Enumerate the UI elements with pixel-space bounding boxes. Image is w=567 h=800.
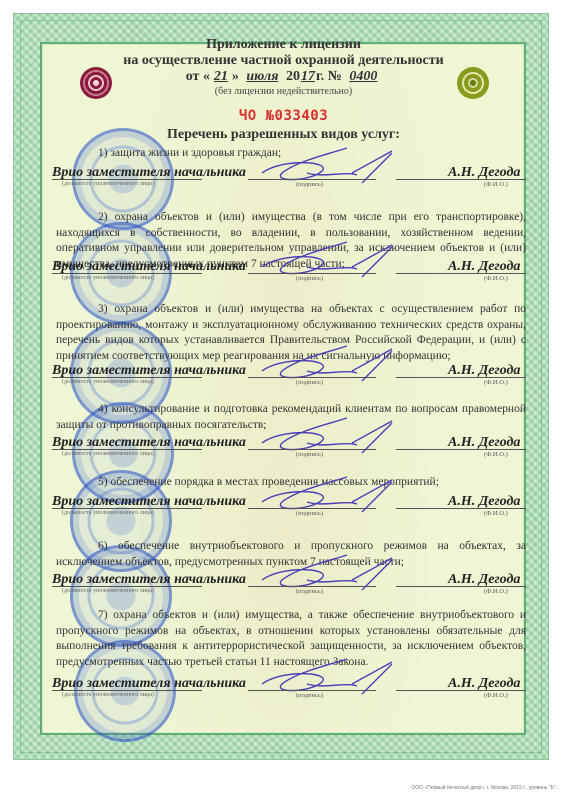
name-caption: (Ф.И.О.) [484, 181, 508, 188]
name-caption: (Ф.И.О.) [484, 510, 508, 517]
handwritten-signature-icon [252, 237, 402, 287]
serial-number: ЧО №033403 [0, 108, 567, 124]
role-caption: (должность уполномоченного лица) [62, 181, 154, 187]
handwritten-signature-icon [252, 413, 402, 463]
role-underline [52, 586, 202, 587]
handwritten-signature-icon [252, 654, 402, 704]
role-caption: (должность уполномоченного лица) [62, 275, 154, 281]
signature-block: Врио заместителя начальника (должность у… [52, 363, 526, 389]
signature-caption: (подпись) [296, 275, 323, 282]
signature-caption: (подпись) [296, 181, 323, 188]
date-prefix: от « [186, 69, 210, 84]
date-year-suffix: 17 [300, 69, 316, 84]
license-number: 0400 [345, 69, 381, 84]
signature-caption: (подпись) [296, 510, 323, 517]
license-date-line: от «21» июля 2017г. № 0400 [0, 69, 567, 85]
signature-block: Врио заместителя начальника (должность у… [52, 435, 526, 461]
date-day: 21 [210, 69, 232, 84]
role-underline [52, 377, 202, 378]
signatory-name: А.Н. Дегода [448, 572, 520, 588]
signature-block: Врио заместителя начальника (должность у… [52, 676, 526, 702]
signatory-name: А.Н. Дегода [448, 494, 520, 510]
signature-caption: (подпись) [296, 588, 323, 595]
role-underline [52, 179, 202, 180]
handwritten-signature-icon [252, 143, 402, 193]
signature-block: Врио заместителя начальника (должность у… [52, 572, 526, 598]
signatory-name: А.Н. Дегода [448, 435, 520, 451]
signature-caption: (подпись) [296, 379, 323, 386]
document-subtitle: на осуществление частной охранной деятел… [0, 53, 567, 69]
document-title: Приложение к лицензии [0, 37, 567, 53]
name-caption: (Ф.И.О.) [484, 275, 508, 282]
printer-footer: ООО «Первый печатный двор», г. Москва, 2… [411, 785, 557, 791]
date-quote: » [232, 69, 239, 84]
handwritten-signature-icon [252, 550, 402, 600]
signature-line [248, 586, 376, 587]
name-caption: (Ф.И.О.) [484, 451, 508, 458]
signature-line [248, 377, 376, 378]
role-caption: (должность уполномоченного лица) [62, 379, 154, 385]
signature-line [248, 179, 376, 180]
date-year-unit: г. [316, 69, 324, 84]
signatory-name: А.Н. Дегода [448, 363, 520, 379]
signature-block: Врио заместителя начальника (должность у… [52, 259, 526, 285]
date-year-prefix: 20 [286, 69, 300, 84]
date-month: июля [242, 69, 282, 84]
signature-line [248, 508, 376, 509]
signatory-name: А.Н. Дегода [448, 259, 520, 275]
signature-line [248, 690, 376, 691]
signature-block: Врио заместителя начальника (должность у… [52, 494, 526, 520]
role-underline [52, 449, 202, 450]
handwritten-signature-icon [252, 341, 402, 391]
role-caption: (должность уполномоченного лица) [62, 588, 154, 594]
signature-line [248, 273, 376, 274]
role-caption: (должность уполномоченного лица) [62, 692, 154, 698]
name-caption: (Ф.И.О.) [484, 588, 508, 595]
number-label: № [328, 69, 342, 84]
name-caption: (Ф.И.О.) [484, 379, 508, 386]
signature-line [248, 449, 376, 450]
role-caption: (должность уполномоченного лица) [62, 451, 154, 457]
signatory-name: А.Н. Дегода [448, 676, 520, 692]
signature-block: Врио заместителя начальника (должность у… [52, 165, 526, 191]
signature-caption: (подпись) [296, 451, 323, 458]
signature-caption: (подпись) [296, 692, 323, 699]
role-underline [52, 273, 202, 274]
role-underline [52, 690, 202, 691]
validity-note: (без лицензии недействительно) [0, 86, 567, 97]
role-caption: (должность уполномоченного лица) [62, 510, 154, 516]
handwritten-signature-icon [252, 472, 402, 522]
name-caption: (Ф.И.О.) [484, 692, 508, 699]
signatory-name: А.Н. Дегода [448, 165, 520, 181]
services-list-heading: Перечень разрешенных видов услуг: [0, 127, 567, 143]
role-underline [52, 508, 202, 509]
